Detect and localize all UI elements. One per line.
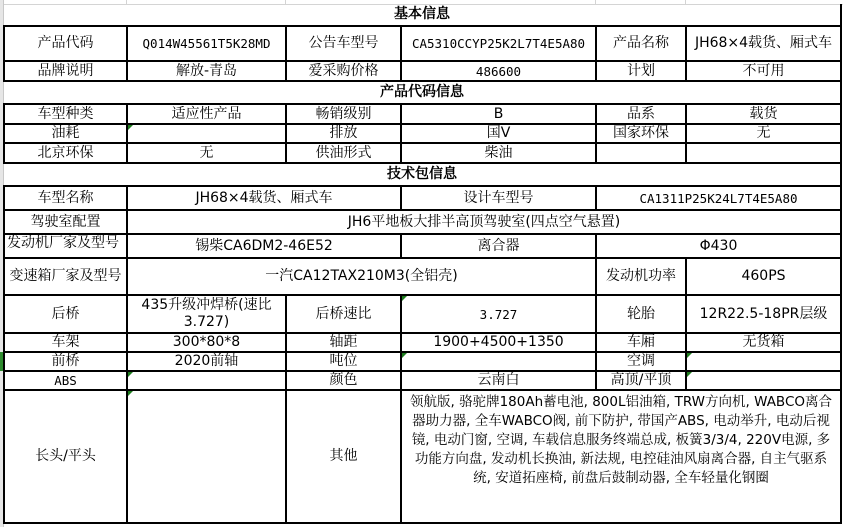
clutch-value[interactable]: Φ430	[596, 234, 841, 258]
color-label: 颜色	[286, 371, 401, 390]
comment-marker-icon	[128, 125, 133, 130]
color-value[interactable]: 云南白	[401, 371, 596, 390]
beijing-env-label: 北京环保	[4, 143, 127, 163]
cab-head-type-value[interactable]	[127, 390, 286, 523]
emission-label: 排放	[286, 124, 401, 143]
plan-value[interactable]: 不可用	[686, 61, 841, 81]
national-env-label: 国家环保	[596, 124, 686, 143]
cab-head-type-label: 长头/平头	[4, 390, 127, 523]
model-name-value[interactable]: JH68×4载货、厢式车	[127, 186, 401, 210]
sales-level-value[interactable]: B	[401, 104, 596, 124]
cargo-box-value[interactable]: 无货箱	[686, 333, 841, 352]
engine-power-value[interactable]: 460PS	[686, 258, 841, 295]
vehicle-spec-table: 基本信息 产品代码 Q014W45561T5K28MD 公告车型号 CA5310…	[3, 4, 842, 524]
front-axle-value[interactable]: 2020前轴	[127, 352, 286, 371]
product-code-value[interactable]: Q014W45561T5K28MD	[127, 26, 286, 61]
design-model-value[interactable]: CA1311P25K24L7T4E5A80	[596, 186, 841, 210]
gearbox-label: 变速箱厂家及型号	[4, 258, 127, 295]
cargo-box-label: 车厢	[596, 333, 686, 352]
comment-marker-icon	[402, 353, 407, 358]
plan-label: 计划	[596, 61, 686, 81]
national-env-value[interactable]: 无	[686, 124, 841, 143]
comment-marker-icon	[402, 296, 407, 301]
product-name-label: 产品名称	[596, 26, 686, 61]
vehicle-type-label: 车型种类	[4, 104, 127, 124]
fuel-supply-label: 供油形式	[286, 143, 401, 163]
tire-value[interactable]: 12R22.5-18PR层级	[686, 295, 841, 333]
air-conditioner-value[interactable]	[686, 352, 841, 371]
design-model-label: 设计车型号	[401, 186, 596, 210]
other-label: 其他	[286, 390, 401, 523]
roof-type-label: 高顶/平顶	[596, 371, 686, 390]
product-name-value[interactable]: JH68×4载货、厢式车	[686, 26, 841, 61]
model-name-label: 车型名称	[4, 186, 127, 210]
engine-value[interactable]: 锡柴CA6DM2-46E52	[127, 234, 401, 258]
comment-marker-icon	[128, 372, 133, 377]
comment-marker-icon	[687, 372, 692, 377]
tonnage-value[interactable]	[401, 352, 596, 371]
air-conditioner-label: 空调	[596, 352, 686, 371]
rear-axle-label: 后桥	[4, 295, 127, 333]
section-title-tech-package: 技术包信息	[4, 163, 841, 186]
comment-marker-icon	[687, 353, 692, 358]
spreadsheet: 基本信息 产品代码 Q014W45561T5K28MD 公告车型号 CA5310…	[0, 0, 843, 527]
engine-power-label: 发动机功率	[596, 258, 686, 295]
abs-label: ABS	[4, 371, 127, 390]
engine-label: 发动机厂家及型号	[4, 234, 127, 258]
tonnage-label: 吨位	[286, 352, 401, 371]
section-title-basic: 基本信息	[4, 4, 841, 26]
frame-label: 车架	[4, 333, 127, 352]
beijing-env-value[interactable]: 无	[127, 143, 286, 163]
wheelbase-label: 轴距	[286, 333, 401, 352]
series-value[interactable]: 载货	[686, 104, 841, 124]
clutch-label: 离合器	[401, 234, 596, 258]
fuel-supply-value[interactable]: 柴油	[401, 143, 596, 163]
rear-axle-ratio-value[interactable]: 3.727	[401, 295, 596, 333]
frame-value[interactable]: 300*80*8	[127, 333, 286, 352]
emission-value[interactable]: 国Ⅴ	[401, 124, 596, 143]
rear-axle-ratio-text: 3.727	[480, 307, 518, 322]
rear-axle-value[interactable]: 435升级冲焊桥(速比3.727)	[127, 295, 286, 333]
price-label: 爱采购价格	[286, 61, 401, 81]
sales-level-label: 畅销级别	[286, 104, 401, 124]
vehicle-type-value[interactable]: 适应性产品	[127, 104, 286, 124]
cab-config-label: 驾驶室配置	[4, 210, 127, 234]
empty-label-cell[interactable]	[596, 143, 686, 163]
tire-label: 轮胎	[596, 295, 686, 333]
cab-config-value[interactable]: JH6平地板大排半高顶驾驶室(四点空气悬置)	[127, 210, 841, 234]
empty-value-cell[interactable]	[686, 143, 841, 163]
wheelbase-value[interactable]: 1900+4500+1350	[401, 333, 596, 352]
abs-value[interactable]	[127, 371, 286, 390]
gearbox-value[interactable]: 一汽CA12TAX210M3(全铝壳)	[127, 258, 596, 295]
fuel-consumption-value[interactable]	[127, 124, 286, 143]
rear-axle-ratio-label: 后桥速比	[286, 295, 401, 333]
front-axle-label: 前桥	[4, 352, 127, 371]
brand-value[interactable]: 解放-青岛	[127, 61, 286, 81]
section-title-product-code: 产品代码信息	[4, 81, 841, 104]
brand-label: 品牌说明	[4, 61, 127, 81]
notice-model-value[interactable]: CA5310CCYP25K2L7T4E5A80	[401, 26, 596, 61]
notice-model-label: 公告车型号	[286, 26, 401, 61]
price-value[interactable]: 486600	[401, 61, 596, 81]
comment-marker-icon	[128, 391, 133, 396]
series-label: 品系	[596, 104, 686, 124]
fuel-consumption-label: 油耗	[4, 124, 127, 143]
roof-type-value[interactable]	[686, 371, 841, 390]
other-value[interactable]: 领航版, 骆驼牌180Ah蓄电池, 800L铝油箱, TRW方向机, WABCO…	[401, 390, 841, 523]
product-code-label: 产品代码	[4, 26, 127, 61]
